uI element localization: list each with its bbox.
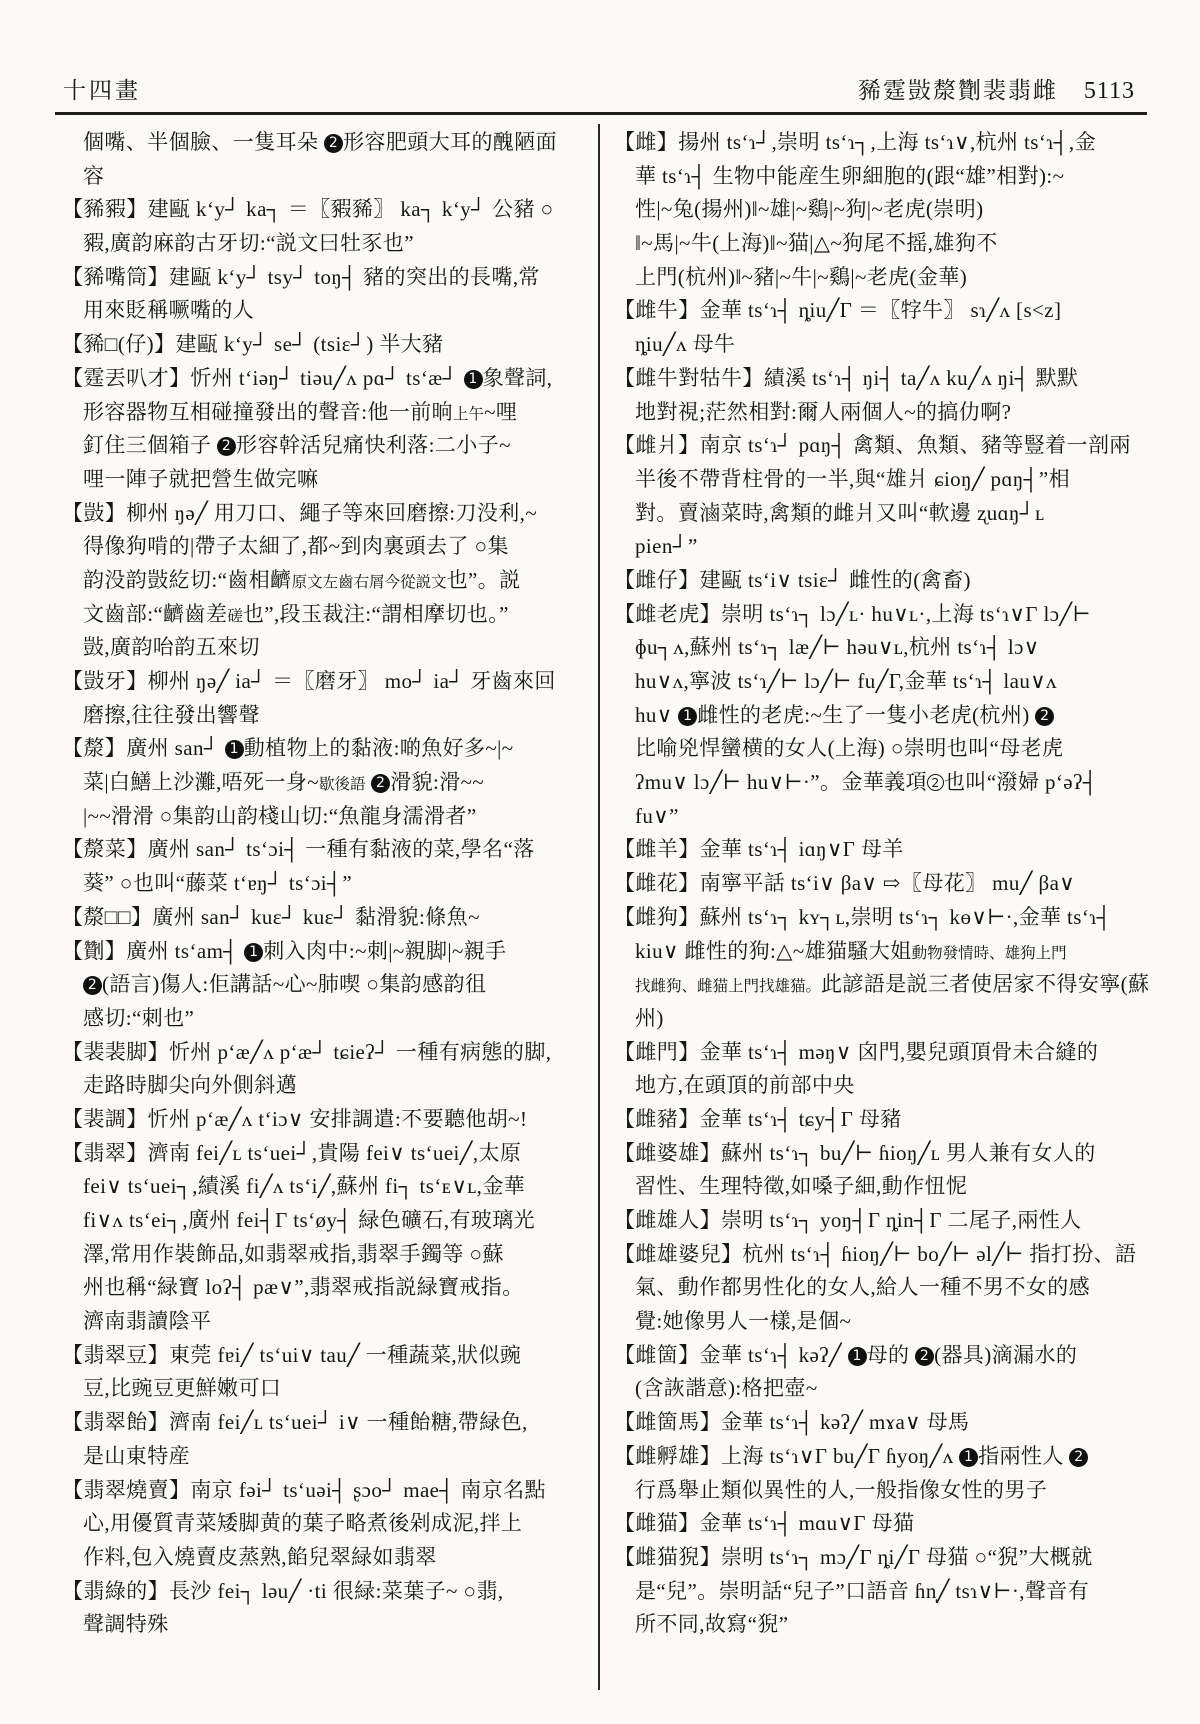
dict-line: 【雌老虎】崇明 tsʻɿ┐ lɔ╱ʟ· hu∨ʟ·,上海 tsʻɿ∨Γ lɔ╱⊢	[614, 598, 1142, 632]
dict-line: 【雌孵雄】上海 tsʻɿ∨Γ bu╱Γ ɦyoŋ╱ʌ 1指兩性人 2	[614, 1440, 1142, 1474]
dict-line: 【雌】揚州 tsʻɿ┘,崇明 tsʻɿ┐,上海 tsʻɿ∨,杭州 tsʻɿ┤,金	[614, 126, 1142, 160]
dict-line: 【漦菜】廣州 san┘ tsʻɔi┤ 一種有黏液的菜,學名“落	[62, 833, 590, 867]
dict-line: fei∨ tsʻuei┐,績溪 fi╱ʌ tsʻi╱,蘇州 fi┐ tsʻᴇ∨ʟ…	[62, 1170, 590, 1204]
dict-line: 磨擦,往往發出響聲	[62, 699, 590, 733]
sense-number-badge: 2	[1035, 707, 1054, 726]
dict-line: hu∨ʌ,寧波 tsʻɿ╱⊢ lɔ╱⊢ fu╱Γ,金華 tsʻɿ┤ lau∨ʌ	[614, 665, 1142, 699]
dict-line: 【雌狗】蘇州 tsʻɿ┐ kʏ┐ʟ,崇明 tsʻɿ┐ kɵ∨⊢·,金華 tsʻɿ…	[614, 901, 1142, 935]
dict-line: 豭,廣韵麻韵古牙切:“説文曰牡豕也”	[62, 227, 590, 261]
dict-line: 【漦】廣州 san┘ 1動植物上的黏液:啲魚好多~|~	[62, 732, 590, 766]
sense-number-badge: 1	[225, 740, 244, 759]
dict-line: 哩一陣子就把營生做完嘛	[62, 463, 590, 497]
dict-line: 是“兒”。崇明話“兒子”口語音 ɦn̩╱ tsɿ∨⊢·,聲音有	[614, 1575, 1142, 1609]
dict-line: 比喻兇悍蠻横的女人(上海) ○崇明也叫“母老虎	[614, 732, 1142, 766]
dict-line: 2(語言)傷人:佢講話~心~肺喫 ○集韵感韵徂	[62, 968, 590, 1002]
dict-line: 華 tsʻɿ┤ 生物中能産生卵細胞的(跟“雄”相對):~	[614, 160, 1142, 194]
small-annotation: 上午	[453, 406, 484, 423]
left-column: 個嘴、半個臉、一隻耳朵 2形容肥頭大耳的醜陋面容【豨豭】建甌 kʻy┘ ka┐ …	[62, 126, 590, 1642]
dict-line: ‖~馬|~牛(上海)‖~猫|△~狗尾不摇,雄狗不	[614, 227, 1142, 261]
column-divider	[598, 124, 600, 1690]
dict-line: 氣、動作都男性化的女人,給人一種不男不女的感	[614, 1271, 1142, 1305]
page-header: 十四畫 豨霆敱漦劗裴翡雌5113	[55, 64, 1145, 108]
dict-line: hu∨ 1雌性的老虎:~生了一隻小老虎(杭州) 2	[614, 699, 1142, 733]
dict-line: 地方,在頭頂的前部中央	[614, 1069, 1142, 1103]
page-number: 5113	[1084, 78, 1135, 104]
dict-line: 【豨豭】建甌 kʻy┘ ka┐ ＝〖豭豨〗 ka┐ kʻy┘ 公豬 ○	[62, 193, 590, 227]
sense-number-badge: 1	[678, 707, 697, 726]
dict-line: 【雌羊】金華 tsʻɿ┤ iɑŋ∨Γ 母羊	[614, 833, 1142, 867]
dict-line: 所不同,故寫“猊”	[614, 1608, 1142, 1642]
section-title: 十四畫	[63, 72, 141, 105]
dict-line: 【翡翠】濟南 fei╱ʟ tsʻuei┘,貴陽 fei∨ tsʻuei╱,太原	[62, 1137, 590, 1171]
small-annotation: 找雌狗、雌猫上門找雄猫。	[635, 978, 821, 995]
sense-number-badge: 2	[324, 134, 343, 153]
dict-line: 【雌雄人】崇明 tsʻɿ┐ yoŋ┤Γ ȵin┤Γ 二尾子,兩性人	[614, 1204, 1142, 1238]
dict-line: 釘住三個箱子 2形容幹活兒痛快利落:二小子~	[62, 429, 590, 463]
dict-line: 聲調特殊	[62, 1608, 590, 1642]
dict-line: 走路時脚尖向外側斜邁	[62, 1069, 590, 1103]
dict-line: 是山東特産	[62, 1440, 590, 1474]
dict-line: 感切:“刺也”	[62, 1002, 590, 1036]
dict-line: 半後不帶背柱骨的一半,與“雄爿 ɕioŋ╱ pɑŋ┤”相	[614, 463, 1142, 497]
dict-line: 行爲舉止類似異性的人,一般指像女性的男子	[614, 1474, 1142, 1508]
dict-line: 文齒部:“䶩齒差磋也”,段玉裁注:“謂相摩切也。”	[62, 598, 590, 632]
dict-line: 敱,廣韵咍韵五來切	[62, 631, 590, 665]
dict-line: 上門(杭州)‖~豬|~牛|~鷄|~老虎(金華)	[614, 261, 1142, 295]
dict-line: |~~滑滑 ○集韵山韵棧山切:“魚龍身濡滑者”	[62, 800, 590, 834]
small-annotation: 原文左齒右屑今從説文	[292, 574, 447, 591]
dict-line: 【敱牙】柳州 ŋə╱ ia┘ ＝〖磨牙〗 mo┘ ia┘ 牙齒來回	[62, 665, 590, 699]
sense-number-badge: 1	[464, 370, 483, 389]
dict-line: 性|~兔(揚州)‖~雄|~鷄|~狗|~老虎(崇明)	[614, 193, 1142, 227]
dict-line: 【雌箇馬】金華 tsʻɿ┤ kəʔ╱ mɤa∨ 母馬	[614, 1406, 1142, 1440]
dict-line: 州也稱“緑寶 loʔ┤ pæ∨”,翡翠戒指説緑寶戒指。	[62, 1271, 590, 1305]
header-rule	[55, 112, 1147, 115]
dict-line: 個嘴、半個臉、一隻耳朵 2形容肥頭大耳的醜陋面	[62, 126, 590, 160]
dict-line: 【漦□□】廣州 san┘ kuɛ┘ kuɛ┘ 黏滑貌:條魚~	[62, 901, 590, 935]
dict-line: 【豨□(仔)】建甌 kʻy┘ se┘ (tsiɛ┘) 半大豬	[62, 328, 590, 362]
dict-line: 【雌婆雄】蘇州 tsʻɿ┐ bu╱⊢ ɦioŋ╱ʟ 男人兼有女人的	[614, 1137, 1142, 1171]
sense-number-badge: 2	[217, 437, 236, 456]
sense-number-badge: 2	[371, 774, 390, 793]
dict-line: 【雌猫】金華 tsʻɿ┤ mɑu∨Γ 母猫	[614, 1507, 1142, 1541]
dict-line: 菜|白鱔上沙灘,唔死一身~歇後語 2滑貌:滑~~	[62, 766, 590, 800]
running-head: 豨霆敱漦劗裴翡雌5113	[858, 72, 1135, 105]
dict-line: 找雌狗、雌猫上門找雄猫。此諺語是説三者使居家不得安寧(蘇	[614, 968, 1142, 1002]
dict-line: kiu∨ 雌性的狗:△~雄猫騷大姐動物發情時、雄狗上門	[614, 935, 1142, 969]
dict-line: 對。賣滷菜時,禽類的雌爿又叫“軟邊 ʐuɑŋ┘ʟ	[614, 497, 1142, 531]
dict-line: 【翡綠的】長沙 fei┐ ləu╱ ·ti 很緑:菜葉子~ ○翡,	[62, 1575, 590, 1609]
dict-line: 【翡翠燒賣】南京 fəi┘ tsʻuəi┤ ʂɔo┘ mae┤ 南京名點	[62, 1474, 590, 1508]
sense-number-badge: 1	[244, 943, 263, 962]
dictionary-page: 十四畫 豨霆敱漦劗裴翡雌5113 個嘴、半個臉、一隻耳朵 2形容肥頭大耳的醜陋面…	[0, 0, 1200, 1724]
dict-line: (含詼諧意):格把壺~	[614, 1372, 1142, 1406]
sense-number-badge: 2	[915, 1347, 934, 1366]
small-annotation: 磋	[227, 608, 243, 625]
sense-number-ref: 2	[927, 774, 944, 791]
dict-line: ʔmu∨ lɔ╱⊢ hu∨⊢·”。金華義項2也叫“潑婦 pʻəʔ┤	[614, 766, 1142, 800]
dict-line: 【裴調】忻州 pʻæ╱ʌ tʻiɔ∨ 安排調遣:不要聽他胡~!	[62, 1103, 590, 1137]
dict-line: 【雌爿】南京 tsʻɿ┘ pɑŋ┤ 禽類、魚類、豬等豎着一剖兩	[614, 429, 1142, 463]
sense-number-badge: 1	[959, 1448, 978, 1467]
dict-line: ɸu┐ʌ,蘇州 tsʻɿ┐ læ╱⊢ həu∨ʟ,杭州 tsʻɿ┤ lɔ∨	[614, 631, 1142, 665]
dict-line: 【霆丟叭才】忻州 tʻiəŋ┘ tiəu╱ʌ pɑ┘ tsʻæ┘ 1象聲詞,	[62, 362, 590, 396]
dict-line: 濟南翡讀陰平	[62, 1305, 590, 1339]
dict-line: 葵” ○也叫“藤菜 tʻɐŋ┘ tsʻɔi┤”	[62, 867, 590, 901]
dict-line: 豆,比豌豆更鮮嫩可口	[62, 1372, 590, 1406]
dict-line: 【雌豬】金華 tsʻɿ┤ tɕy┤Γ 母豬	[614, 1103, 1142, 1137]
dict-line: 地對視;茫然相對:爾人兩個人~的搞仂啊?	[614, 396, 1142, 430]
dict-line: 用來貶稱噘嘴的人	[62, 294, 590, 328]
dict-line: fi∨ʌ tsʻei┐,廣州 fei┤Γ tsʻøy┤ 緑色礦石,有玻璃光	[62, 1204, 590, 1238]
dict-line: 形容器物互相碰撞發出的聲音:他一前晌上午~哩	[62, 396, 590, 430]
dict-line: 【雌牛】金華 tsʻɿ┤ ȵiu╱Γ ＝〖牸牛〗 sɿ╱ʌ [s<z]	[614, 294, 1142, 328]
dict-line: 心,用優質青菜矮脚黄的葉子略煮後剁成泥,拌上	[62, 1507, 590, 1541]
small-annotation: 歇後語	[319, 776, 366, 793]
dict-line: 【雌猫猊】崇明 tsʻɿ┐ mɔ╱Γ ȵi╱Γ 母猫 ○“猊”大概就	[614, 1541, 1142, 1575]
dict-line: 【翡翠飴】濟南 fei╱ʟ tsʻuei┘ i∨ 一種飴糖,帶緑色,	[62, 1406, 590, 1440]
sense-number-badge: 1	[848, 1347, 867, 1366]
dict-line: fu∨”	[614, 800, 1142, 834]
dict-line: 覺:她像男人一樣,是個~	[614, 1305, 1142, 1339]
dict-line: 【翡翠豆】東莞 fɐi╱ tsʻui∨ tau╱ 一種蔬菜,狀似豌	[62, 1339, 590, 1373]
dict-line: 韵没韵敱紇切:“齒相䶩原文左齒右屑今從説文也”。説	[62, 564, 590, 598]
sense-number-badge: 2	[83, 976, 102, 995]
right-column: 【雌】揚州 tsʻɿ┘,崇明 tsʻɿ┐,上海 tsʻɿ∨,杭州 tsʻɿ┤,金…	[614, 126, 1142, 1642]
dict-line: 【雌門】金華 tsʻɿ┤ məŋ∨ 囟門,嬰兒頭頂骨未合縫的	[614, 1036, 1142, 1070]
dict-line: 【敱】柳州 ŋə╱ 用刀口、繩子等來回磨擦:刀没利,~	[62, 497, 590, 531]
dict-line: 習性、生理特徵,如嗓子細,動作忸怩	[614, 1170, 1142, 1204]
dict-line: 【雌箇】金華 tsʻɿ┤ kəʔ╱ 1母的 2(器具)滴漏水的	[614, 1339, 1142, 1373]
sense-number-badge: 2	[1069, 1448, 1088, 1467]
dict-line: pien┘”	[614, 530, 1142, 564]
dict-line: 作料,包入燒賣皮蒸熟,餡兒翠緑如翡翠	[62, 1541, 590, 1575]
dict-line: 【劗】廣州 tsʻam┤ 1刺入肉中:~刺|~親脚|~親手	[62, 935, 590, 969]
dict-line: 澤,常用作裝飾品,如翡翠戒指,翡翠手鐲等 ○蘇	[62, 1238, 590, 1272]
dict-line: 容	[62, 160, 590, 194]
dict-line: ȵiu╱ʌ 母牛	[614, 328, 1142, 362]
dict-line: 州)	[614, 1002, 1142, 1036]
dict-line: 【豨嘴筒】建甌 kʻy┘ tsy┘ toŋ┤ 豬的突出的長嘴,常	[62, 261, 590, 295]
dict-line: 【雌牛對牯牛】績溪 tsʻɿ┤ ŋi┤ ta╱ʌ ku╱ʌ ŋi┤ 默默	[614, 362, 1142, 396]
dict-line: 【裴裴脚】忻州 pʻæ╱ʌ pʻæ┘ tɕieʔ┘ 一種有病態的脚,	[62, 1036, 590, 1070]
dict-line: 得像狗啃的|帶子太細了,都~到肉裏頭去了 ○集	[62, 530, 590, 564]
dict-line: 【雌雄婆兒】杭州 tsʻɿ┤ ɦioŋ╱⊢ bo╱⊢ əl╱⊢ 指打扮、語	[614, 1238, 1142, 1272]
dict-line: 【雌仔】建甌 tsʻi∨ tsiɛ┘ 雌性的(禽畜)	[614, 564, 1142, 598]
small-annotation: 動物發情時、雄狗上門	[912, 945, 1067, 962]
dict-line: 【雌花】南寧平話 tsʻi∨ βa∨ ⇨〖母花〗 mu╱ βa∨	[614, 867, 1142, 901]
headword-index: 豨霆敱漦劗裴翡雌	[858, 78, 1058, 103]
